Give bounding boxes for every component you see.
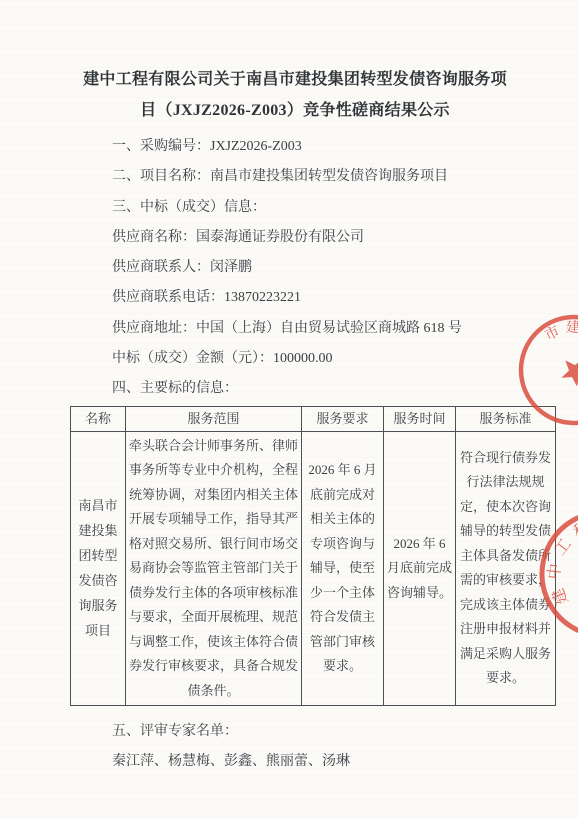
cell-project-name: 南昌市建投集团转型发债咨询服务项目 xyxy=(71,431,126,706)
seal-upper-text: 市建设投资集 xyxy=(539,296,578,409)
expert-names: 秦江萍、杨慧梅、彭鑫、熊丽蕾、汤琳 xyxy=(70,747,520,777)
seal-star-icon xyxy=(555,351,578,391)
svg-text:市建设投资集: 市建设投资集 xyxy=(539,296,578,409)
col-header-service-time: 服务时间 xyxy=(384,406,456,431)
cell-service-scope: 牵头联合会计师事务所、律师事务所等专业中介机构，全程统筹协调，对集团内相关主体开… xyxy=(126,431,302,706)
item-supplier-name: 供应商名称：国泰海通证券股份有限公司 xyxy=(70,223,520,253)
item-supplier-contact: 供应商联系人：闵泽鹏 xyxy=(70,253,520,283)
table-row: 南昌市建投集团转型发债咨询服务项目 牵头联合会计师事务所、律师事务所等专业中介机… xyxy=(71,431,556,706)
item-supplier-address: 供应商地址：中国（上海）自由贸易试验区商城路 618 号 xyxy=(70,314,520,344)
item-award-amount: 中标（成交）金额（元）：100000.00 xyxy=(70,344,520,374)
col-header-name: 名称 xyxy=(71,406,126,431)
item-award-info-heading: 三、中标（成交）信息： xyxy=(70,193,520,223)
item-supplier-phone: 供应商联系电话：13870223221 xyxy=(70,283,520,313)
document-page: 建中工程有限公司关于南昌市建投集团转型发债咨询服务项目（JXJZ2026-Z00… xyxy=(0,0,578,818)
table-header-row: 名称 服务范围 服务要求 服务时间 服务标准 xyxy=(71,406,556,431)
item-procurement-number: 一、采购编号：JXJZ2026-Z003 xyxy=(70,132,520,162)
col-header-service-requirement: 服务要求 xyxy=(302,406,384,431)
cell-service-standard: 符合现行债券发行法律法规规定，使本次咨询辅导的转型发债主体具备发债所需的审核要求… xyxy=(456,431,556,706)
item-project-name: 二、项目名称：南昌市建投集团转型发债咨询服务项目 xyxy=(70,162,520,192)
item-expert-list-heading: 五、评审专家名单： xyxy=(70,717,520,747)
doc-title: 建中工程有限公司关于南昌市建投集团转型发债咨询服务项目（JXJZ2026-Z00… xyxy=(80,64,510,126)
document-content: 建中工程有限公司关于南昌市建投集团转型发债咨询服务项目（JXJZ2026-Z00… xyxy=(70,64,520,777)
col-header-service-scope: 服务范围 xyxy=(126,406,302,431)
col-header-service-standard: 服务标准 xyxy=(456,406,556,431)
subject-info-table: 名称 服务范围 服务要求 服务时间 服务标准 南昌市建投集团转型发债咨询服务项目… xyxy=(70,406,556,707)
cell-service-requirement: 2026 年 6 月底前完成对相关主体的专项咨询与辅导，使至少一个主体符合发债主… xyxy=(302,431,384,706)
item-subject-info-heading: 四、主要标的信息： xyxy=(70,374,520,404)
cell-service-time: 2026 年 6 月底前完成咨询辅导。 xyxy=(384,431,456,706)
